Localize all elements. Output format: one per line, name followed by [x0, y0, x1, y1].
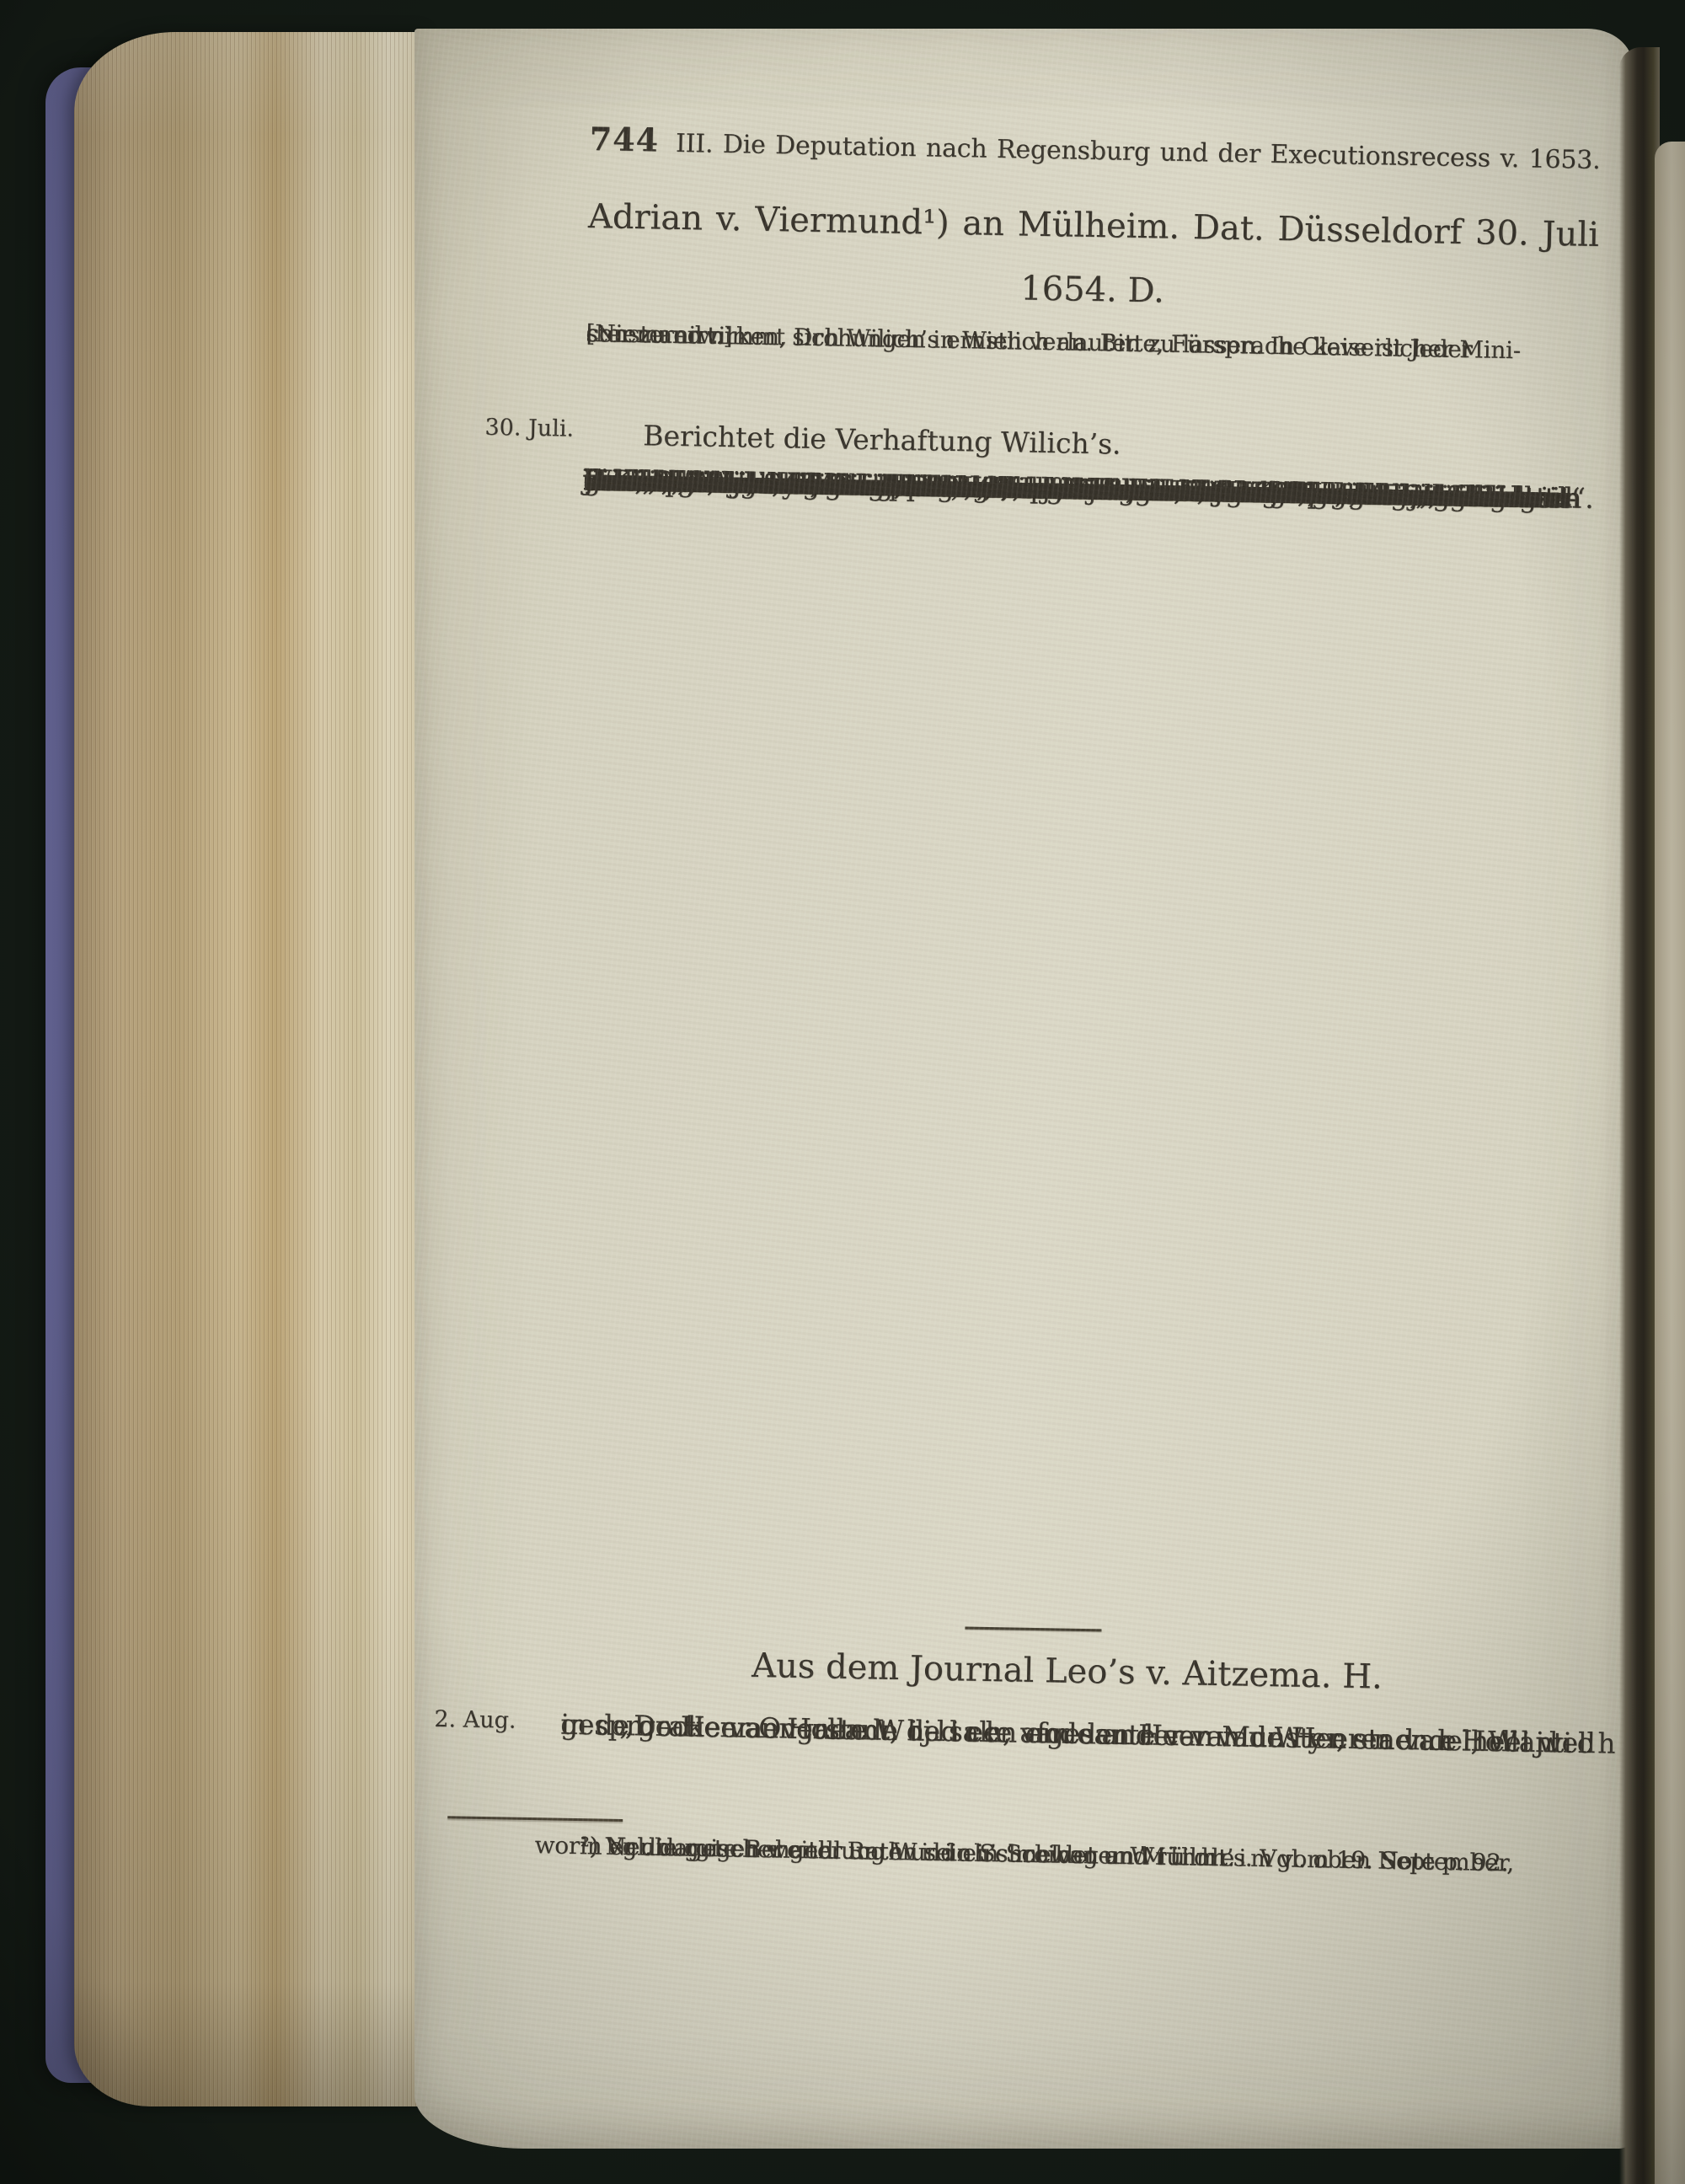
footnote-rule: [447, 1816, 623, 1822]
journal-body-line: gesproocken aengaende de sake van den He…: [560, 1705, 1616, 1763]
chapter-title: III. Die Deputation nach Regensburg und …: [676, 129, 1601, 175]
page-content: 744 III. Die Deputation nach Regensburg …: [553, 29, 1602, 2167]
page-gutter-shadow: [1619, 47, 1660, 2184]
running-header: 744 III. Die Deputation nach Regensburg …: [589, 120, 1601, 176]
footnote-line: worin er die gute Behandlung W i l i c h…: [534, 1828, 1235, 1875]
journal-title: Aus dem Journal Leo’s v. Aitzema. H.: [561, 1643, 1573, 1700]
margin-date-2-aug: 2. Aug.: [434, 1706, 516, 1734]
journal-body: „De Heer Overste W i j l i c h, afgesant…: [561, 1705, 1572, 1724]
book-page: 744 III. Die Deputation nach Regensburg …: [415, 29, 1633, 2149]
page-number: 744: [589, 120, 659, 159]
letter-summary: [Niemand nimmt sich Wilich’s ernstlich a…: [586, 315, 1597, 334]
letter-title-line2: 1654. D.: [586, 261, 1598, 318]
page-fore-edge: [74, 32, 428, 2106]
book-photo: 744 III. Die Deputation nach Regensburg …: [0, 0, 1685, 2184]
letter-title-line1: Adrian v. Viermund¹) an Mülheim. Dat. Dü…: [588, 197, 1600, 254]
summary-line: consternirt.]: [586, 315, 732, 355]
section-divider-rule: [965, 1626, 1101, 1631]
footnotes: ¹) Neuburgischer geh. Rath und ein Schwa…: [559, 1829, 1570, 1848]
letter-body-line: finden, wiewohl ich vernehme, dass jedwe…: [583, 459, 1594, 520]
next-page-edge: [1655, 142, 1685, 2184]
margin-date-30-juli: 30. Juli.: [484, 415, 574, 442]
